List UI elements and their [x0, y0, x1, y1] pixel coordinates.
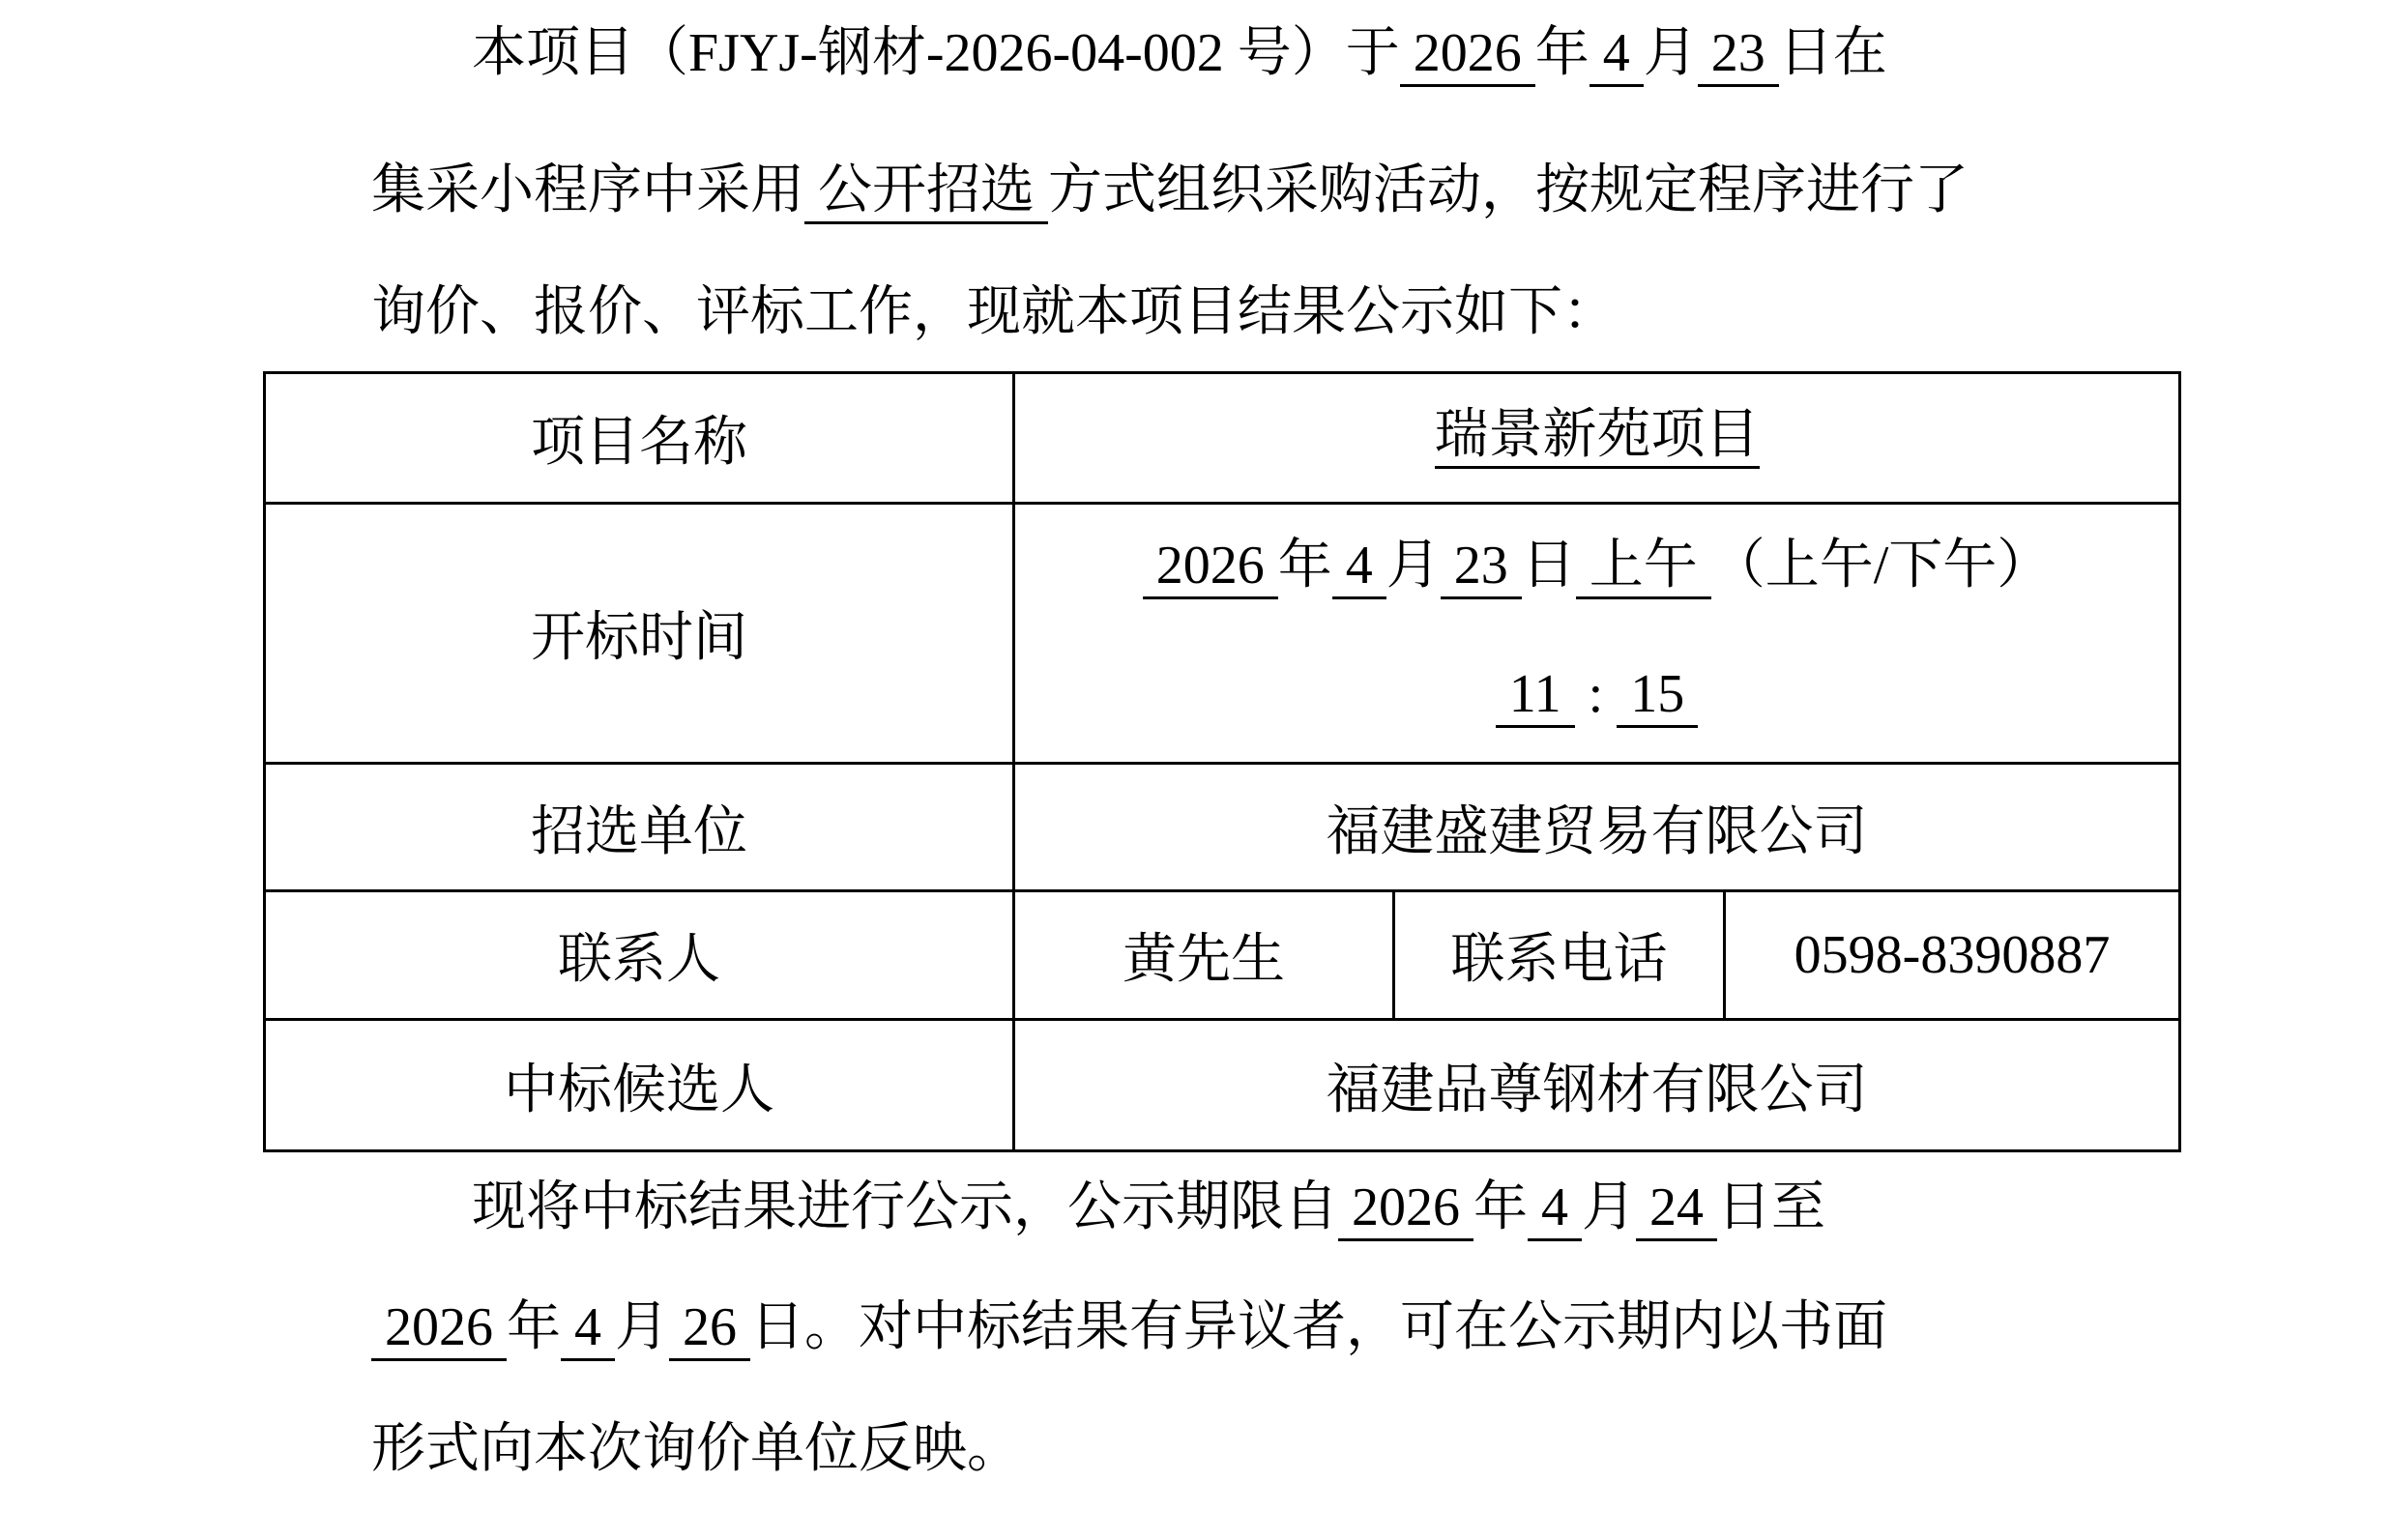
open-time-month-label: 月 [1386, 536, 1441, 596]
cell-open-time-label: 开标时间 [266, 505, 1012, 762]
contact-name: 黄先生 [1123, 916, 1285, 994]
para2-line1-month-blank: 4 [1528, 1180, 1582, 1241]
cell-contact-name: 黄先生 [1015, 892, 1392, 1018]
open-time-colon: : [1575, 664, 1618, 724]
para2-line1-year-blank: 2026 [1338, 1180, 1473, 1241]
para1-line1-day-blank: 23 [1698, 26, 1779, 87]
para1-line2-tail: 方式组织采购活动，按规定程序进行了 [1048, 160, 1969, 220]
para1-line2-method-blank: 公开招选 [804, 163, 1048, 224]
contact-label: 联系人 [558, 916, 720, 994]
para1-line1-text: 本项目（FJYJ-钢材-2026-04-002 号）于 [472, 23, 1400, 83]
para1-line3: 询价、报价、评标工作，现就本项目结果公示如下： [371, 282, 1617, 342]
para1-line2-text: 集采小程序中采用 [371, 160, 804, 220]
cell-winner-value: 福建品尊钢材有限公司 [1015, 1021, 2178, 1149]
open-time-date-line: 2026 年 4 月 23 日 上午 （上午/下午） [1143, 538, 2052, 599]
cell-winner-label: 中标候选人 [266, 1021, 1012, 1149]
open-time-day-blank: 23 [1441, 538, 1522, 599]
para2-line2: 2026 年 4 月 26 日。对中标结果有异议者，可在公示期内以书面 [371, 1297, 1887, 1361]
cell-tender-unit-value: 福建盛建贸易有限公司 [1015, 765, 2178, 889]
para1-line1-year-label: 年 [1535, 23, 1590, 83]
tender-unit-label: 招选单位 [531, 789, 747, 866]
para2-line2-month-blank: 4 [561, 1300, 615, 1361]
phone-number: 0598-8390887 [1794, 924, 2111, 986]
cell-contact-label: 联系人 [266, 892, 1012, 1018]
para1-line1-tail: 日在 [1779, 23, 1887, 83]
para1-line2: 集采小程序中采用 公开招选 方式组织采购活动，按规定程序进行了 [371, 160, 1969, 224]
open-time-ampm-blank: 上午 [1576, 538, 1711, 599]
para1-line1-month-label: 月 [1644, 23, 1698, 83]
open-time-hour-blank: 11 [1496, 667, 1575, 728]
para2-line1-month-label: 月 [1582, 1177, 1636, 1237]
winner-value: 福建品尊钢材有限公司 [1327, 1047, 1868, 1124]
para1-line3-text: 询价、报价、评标工作，现就本项目结果公示如下： [371, 282, 1617, 342]
para1-line1-month-blank: 4 [1590, 26, 1644, 87]
open-time-ampm-hint: （上午/下午） [1711, 536, 2052, 596]
phone-label: 联系电话 [1451, 916, 1668, 994]
winner-label: 中标候选人 [504, 1047, 774, 1124]
para2-line2-year-blank: 2026 [371, 1300, 507, 1361]
para2-line1-year-label: 年 [1473, 1177, 1528, 1237]
cell-tender-unit-label: 招选单位 [266, 765, 1012, 889]
cell-phone-label: 联系电话 [1395, 892, 1723, 1018]
cell-open-time-value: 2026 年 4 月 23 日 上午 （上午/下午） 11 : 15 [1015, 505, 2178, 762]
open-time-label: 开标时间 [531, 595, 747, 672]
open-time-year-label: 年 [1278, 536, 1332, 596]
tender-unit-value: 福建盛建贸易有限公司 [1327, 789, 1868, 866]
para2-line1-tail: 日至 [1717, 1177, 1825, 1237]
open-time-day-label: 日 [1522, 536, 1576, 596]
para2-line1: 现将中标结果进行公示，公示期限自 2026 年 4 月 24 日至 [472, 1177, 1825, 1241]
para1-line1-year-blank: 2026 [1400, 26, 1535, 87]
project-name-value: 瑞景新苑项目 [1435, 408, 1760, 469]
para2-line2-month-label: 月 [615, 1297, 669, 1357]
open-time-year-blank: 2026 [1143, 538, 1278, 599]
result-table: 项目名称 瑞景新苑项目 开标时间 2026 年 4 月 23 日 上午 （上午/… [263, 371, 2181, 1152]
open-time-minute-blank: 15 [1617, 667, 1698, 728]
cell-project-name-value: 瑞景新苑项目 [1015, 374, 2178, 502]
para2-line3-text: 形式向本次询价单位反映。 [371, 1419, 1021, 1479]
para2-line1-text: 现将中标结果进行公示，公示期限自 [472, 1177, 1338, 1237]
para2-line3: 形式向本次询价单位反映。 [371, 1419, 1021, 1479]
para2-line2-year-label: 年 [507, 1297, 561, 1357]
open-time-clock-line: 11 : 15 [1496, 667, 1698, 728]
cell-phone-number: 0598-8390887 [1726, 892, 2178, 1018]
para1-line1: 本项目（FJYJ-钢材-2026-04-002 号）于 2026 年 4 月 2… [472, 23, 1887, 87]
para2-line2-day-blank: 26 [669, 1300, 750, 1361]
project-name-label: 项目名称 [531, 399, 747, 477]
open-time-month-blank: 4 [1332, 538, 1386, 599]
cell-project-name-label: 项目名称 [266, 374, 1012, 502]
para2-line1-day-blank: 24 [1636, 1180, 1717, 1241]
para2-line2-tail: 日。对中标结果有异议者，可在公示期内以书面 [750, 1297, 1887, 1357]
